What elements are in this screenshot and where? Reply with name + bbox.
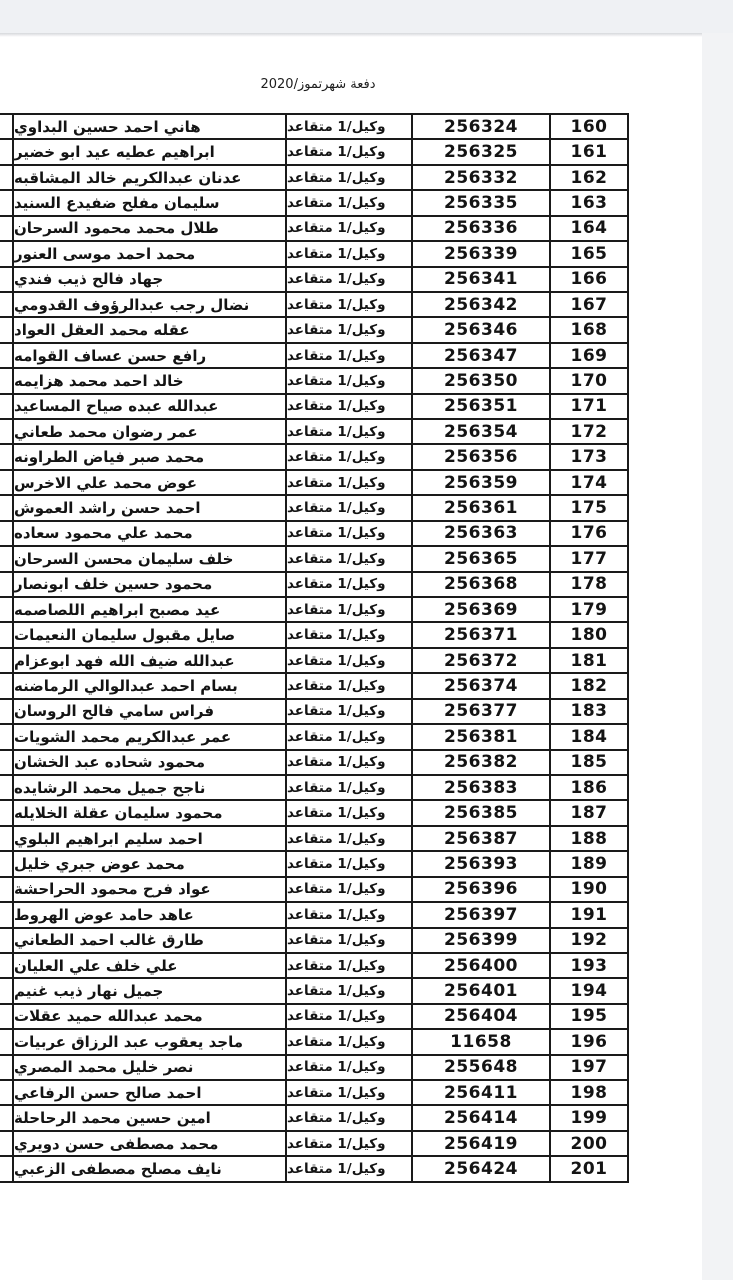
edge-cell: [0, 674, 12, 697]
serial-cell: 11658: [411, 1030, 549, 1053]
rank-cell: وكيل/1 متقاعد: [285, 1157, 411, 1180]
row-number-cell: 194: [549, 979, 629, 1002]
page-right-margin: [702, 33, 733, 1280]
row-number-cell: 168: [549, 318, 629, 341]
serial-cell: 256411: [411, 1081, 549, 1104]
row-number-cell: 160: [549, 115, 629, 138]
name-cell: محمود حسين خلف ابونصار: [12, 573, 285, 596]
table-row: سليمان مفلح ضفيدع السنيد وكيل/1 متقاعد 2…: [0, 191, 629, 216]
name-cell: محمد علي محمود سعاده: [12, 522, 285, 545]
name-cell: عوض محمد علي الاخرس: [12, 471, 285, 494]
edge-cell: [0, 420, 12, 443]
rank-cell: وكيل/1 متقاعد: [285, 674, 411, 697]
edge-cell: [0, 751, 12, 774]
name-cell: محمد صبر فياض الطراونه: [12, 445, 285, 468]
rank-cell: وكيل/1 متقاعد: [285, 573, 411, 596]
table-row: ماجد يعقوب عبد الرزاق عربيات وكيل/1 متقا…: [0, 1030, 629, 1055]
serial-cell: 256404: [411, 1005, 549, 1028]
rank-cell: وكيل/1 متقاعد: [285, 140, 411, 163]
row-number-cell: 193: [549, 954, 629, 977]
serial-cell: 256324: [411, 115, 549, 138]
serial-cell: 256356: [411, 445, 549, 468]
serial-cell: 256368: [411, 573, 549, 596]
name-cell: محمد احمد موسى العنور: [12, 242, 285, 265]
name-cell: عبدالله ضيف الله فهد ابوعزام: [12, 649, 285, 672]
table-row: عقله محمد العقل العواد وكيل/1 متقاعد 256…: [0, 318, 629, 343]
table-row: طارق غالب احمد الطعاني وكيل/1 متقاعد 256…: [0, 929, 629, 954]
name-cell: سليمان مفلح ضفيدع السنيد: [12, 191, 285, 214]
serial-cell: 256363: [411, 522, 549, 545]
serial-cell: 256399: [411, 929, 549, 952]
edge-cell: [0, 140, 12, 163]
row-number-cell: 175: [549, 496, 629, 519]
rank-cell: وكيل/1 متقاعد: [285, 191, 411, 214]
row-number-cell: 161: [549, 140, 629, 163]
rank-cell: وكيل/1 متقاعد: [285, 979, 411, 1002]
row-number-cell: 192: [549, 929, 629, 952]
table-row: عمر عبدالكريم محمد الشويات وكيل/1 متقاعد…: [0, 725, 629, 750]
name-cell: عدنان عبدالكريم خالد المشاقبه: [12, 166, 285, 189]
serial-cell: 256396: [411, 878, 549, 901]
rank-cell: وكيل/1 متقاعد: [285, 395, 411, 418]
serial-cell: 256335: [411, 191, 549, 214]
table-row: محمد مصطفى حسن دويري وكيل/1 متقاعد 25641…: [0, 1132, 629, 1157]
serial-cell: 256341: [411, 268, 549, 291]
serial-cell: 256365: [411, 547, 549, 570]
rank-cell: وكيل/1 متقاعد: [285, 445, 411, 468]
name-cell: نضال رجب عبدالرؤوف القدومي: [12, 293, 285, 316]
edge-cell: [0, 344, 12, 367]
row-number-cell: 181: [549, 649, 629, 672]
name-cell: هاني احمد حسين البداوي: [12, 115, 285, 138]
table-row: محمد صبر فياض الطراونه وكيل/1 متقاعد 256…: [0, 445, 629, 470]
name-cell: عبدالله عبده صياح المساعيد: [12, 395, 285, 418]
table-row: عدنان عبدالكريم خالد المشاقبه وكيل/1 متق…: [0, 166, 629, 191]
rank-cell: وكيل/1 متقاعد: [285, 1132, 411, 1155]
table-row: صايل مقبول سليمان النعيمات وكيل/1 متقاعد…: [0, 623, 629, 648]
edge-cell: [0, 979, 12, 1002]
row-number-cell: 182: [549, 674, 629, 697]
rank-cell: وكيل/1 متقاعد: [285, 547, 411, 570]
row-number-cell: 188: [549, 827, 629, 850]
name-cell: نايف مصلح مصطفى الزعبي: [12, 1157, 285, 1180]
name-cell: بسام احمد عبدالوالي الرماضنه: [12, 674, 285, 697]
edge-cell: [0, 445, 12, 468]
edge-cell: [0, 1132, 12, 1155]
edge-cell: [0, 395, 12, 418]
row-number-cell: 187: [549, 801, 629, 824]
serial-cell: 256374: [411, 674, 549, 697]
edge-cell: [0, 268, 12, 291]
row-number-cell: 167: [549, 293, 629, 316]
serial-cell: 256401: [411, 979, 549, 1002]
row-number-cell: 178: [549, 573, 629, 596]
name-cell: احمد سليم ابراهيم البلوي: [12, 827, 285, 850]
serial-cell: 256361: [411, 496, 549, 519]
serial-cell: 256371: [411, 623, 549, 646]
rank-cell: وكيل/1 متقاعد: [285, 878, 411, 901]
table-row: فراس سامي فالح الروسان وكيل/1 متقاعد 256…: [0, 700, 629, 725]
rank-cell: وكيل/1 متقاعد: [285, 1030, 411, 1053]
rank-cell: وكيل/1 متقاعد: [285, 420, 411, 443]
edge-cell: [0, 166, 12, 189]
rank-cell: وكيل/1 متقاعد: [285, 1056, 411, 1079]
edge-cell: [0, 318, 12, 341]
rank-cell: وكيل/1 متقاعد: [285, 623, 411, 646]
table-row: جهاد فالح ذيب فندي وكيل/1 متقاعد 256341 …: [0, 268, 629, 293]
row-number-cell: 198: [549, 1081, 629, 1104]
rank-cell: وكيل/1 متقاعد: [285, 903, 411, 926]
edge-cell: [0, 242, 12, 265]
table-row: محمود حسين خلف ابونصار وكيل/1 متقاعد 256…: [0, 573, 629, 598]
rank-cell: وكيل/1 متقاعد: [285, 1005, 411, 1028]
row-number-cell: 177: [549, 547, 629, 570]
name-cell: ناجح جميل محمد الرشايده: [12, 776, 285, 799]
edge-cell: [0, 1005, 12, 1028]
table-row: طلال محمد محمود السرحان وكيل/1 متقاعد 25…: [0, 217, 629, 242]
name-cell: امين حسين محمد الرحاحلة: [12, 1106, 285, 1129]
edge-cell: [0, 496, 12, 519]
name-cell: خلف سليمان محسن السرحان: [12, 547, 285, 570]
table-row: عبدالله عبده صياح المساعيد وكيل/1 متقاعد…: [0, 395, 629, 420]
table-row: خالد احمد محمد هزايمه وكيل/1 متقاعد 2563…: [0, 369, 629, 394]
row-number-cell: 173: [549, 445, 629, 468]
retirees-table: هاني احمد حسين البداوي وكيل/1 متقاعد 256…: [0, 113, 629, 1183]
name-cell: عاهد حامد عوض الهروط: [12, 903, 285, 926]
name-cell: عقله محمد العقل العواد: [12, 318, 285, 341]
rank-cell: وكيل/1 متقاعد: [285, 217, 411, 240]
serial-cell: 256346: [411, 318, 549, 341]
serial-cell: 256397: [411, 903, 549, 926]
name-cell: محمود سليمان عقلة الخلايله: [12, 801, 285, 824]
row-number-cell: 172: [549, 420, 629, 443]
name-cell: عمر رضوان محمد طعاني: [12, 420, 285, 443]
name-cell: ابراهيم عطيه عيد ابو خضير: [12, 140, 285, 163]
row-number-cell: 174: [549, 471, 629, 494]
edge-cell: [0, 700, 12, 723]
row-number-cell: 199: [549, 1106, 629, 1129]
edge-cell: [0, 1106, 12, 1129]
serial-cell: 256382: [411, 751, 549, 774]
name-cell: احمد حسن راشد العموش: [12, 496, 285, 519]
page-top-shadow: [0, 33, 704, 37]
row-number-cell: 186: [549, 776, 629, 799]
serial-cell: 256339: [411, 242, 549, 265]
name-cell: محمد عبدالله حميد عقلات: [12, 1005, 285, 1028]
row-number-cell: 189: [549, 852, 629, 875]
name-cell: محمد عوض جبري خليل: [12, 852, 285, 875]
scanned-document-page: دفعة شهرتموز/2020 هاني احمد حسين البداوي…: [0, 0, 733, 1280]
table-row: نصر خليل محمد المصري وكيل/1 متقاعد 25564…: [0, 1056, 629, 1081]
rank-cell: وكيل/1 متقاعد: [285, 725, 411, 748]
rank-cell: وكيل/1 متقاعد: [285, 700, 411, 723]
serial-cell: 256354: [411, 420, 549, 443]
edge-cell: [0, 725, 12, 748]
serial-cell: 256385: [411, 801, 549, 824]
serial-cell: 256332: [411, 166, 549, 189]
table-row: محمد عبدالله حميد عقلات وكيل/1 متقاعد 25…: [0, 1005, 629, 1030]
serial-cell: 256359: [411, 471, 549, 494]
edge-cell: [0, 801, 12, 824]
row-number-cell: 183: [549, 700, 629, 723]
edge-cell: [0, 573, 12, 596]
row-number-cell: 169: [549, 344, 629, 367]
rank-cell: وكيل/1 متقاعد: [285, 776, 411, 799]
name-cell: عيد مصبح ابراهيم اللصاصمه: [12, 598, 285, 621]
edge-cell: [0, 522, 12, 545]
row-number-cell: 201: [549, 1157, 629, 1180]
name-cell: نصر خليل محمد المصري: [12, 1056, 285, 1079]
edge-cell: [0, 369, 12, 392]
serial-cell: 256350: [411, 369, 549, 392]
row-number-cell: 176: [549, 522, 629, 545]
table-row: بسام احمد عبدالوالي الرماضنه وكيل/1 متقا…: [0, 674, 629, 699]
rank-cell: وكيل/1 متقاعد: [285, 522, 411, 545]
table-row: محمود شحاده عبد الخشان وكيل/1 متقاعد 256…: [0, 751, 629, 776]
table-row: محمد عوض جبري خليل وكيل/1 متقاعد 256393 …: [0, 852, 629, 877]
name-cell: علي خلف علي العليان: [12, 954, 285, 977]
serial-cell: 256369: [411, 598, 549, 621]
table-row: احمد سليم ابراهيم البلوي وكيل/1 متقاعد 2…: [0, 827, 629, 852]
rank-cell: وكيل/1 متقاعد: [285, 496, 411, 519]
rank-cell: وكيل/1 متقاعد: [285, 929, 411, 952]
rank-cell: وكيل/1 متقاعد: [285, 649, 411, 672]
table-row: نضال رجب عبدالرؤوف القدومي وكيل/1 متقاعد…: [0, 293, 629, 318]
name-cell: طارق غالب احمد الطعاني: [12, 929, 285, 952]
table-row: هاني احمد حسين البداوي وكيل/1 متقاعد 256…: [0, 115, 629, 140]
rank-cell: وكيل/1 متقاعد: [285, 242, 411, 265]
row-number-cell: 166: [549, 268, 629, 291]
rank-cell: وكيل/1 متقاعد: [285, 115, 411, 138]
edge-cell: [0, 852, 12, 875]
serial-cell: 256325: [411, 140, 549, 163]
name-cell: عواد فرح محمود الحراحشة: [12, 878, 285, 901]
rank-cell: وكيل/1 متقاعد: [285, 852, 411, 875]
name-cell: احمد صالح حسن الرفاعي: [12, 1081, 285, 1104]
name-cell: عمر عبدالكريم محمد الشويات: [12, 725, 285, 748]
edge-cell: [0, 1056, 12, 1079]
row-number-cell: 164: [549, 217, 629, 240]
row-number-cell: 197: [549, 1056, 629, 1079]
edge-cell: [0, 903, 12, 926]
name-cell: جهاد فالح ذيب فندي: [12, 268, 285, 291]
serial-cell: 256372: [411, 649, 549, 672]
row-number-cell: 162: [549, 166, 629, 189]
table-row: امين حسين محمد الرحاحلة وكيل/1 متقاعد 25…: [0, 1106, 629, 1131]
edge-cell: [0, 1081, 12, 1104]
serial-cell: 256383: [411, 776, 549, 799]
table-row: احمد صالح حسن الرفاعي وكيل/1 متقاعد 2564…: [0, 1081, 629, 1106]
serial-cell: 256387: [411, 827, 549, 850]
edge-cell: [0, 191, 12, 214]
table-row: محمد احمد موسى العنور وكيل/1 متقاعد 2563…: [0, 242, 629, 267]
name-cell: طلال محمد محمود السرحان: [12, 217, 285, 240]
row-number-cell: 185: [549, 751, 629, 774]
table-row: عوض محمد علي الاخرس وكيل/1 متقاعد 256359…: [0, 471, 629, 496]
row-number-cell: 180: [549, 623, 629, 646]
row-number-cell: 179: [549, 598, 629, 621]
row-number-cell: 200: [549, 1132, 629, 1155]
name-cell: صايل مقبول سليمان النعيمات: [12, 623, 285, 646]
table-row: ناجح جميل محمد الرشايده وكيل/1 متقاعد 25…: [0, 776, 629, 801]
edge-cell: [0, 929, 12, 952]
rank-cell: وكيل/1 متقاعد: [285, 1081, 411, 1104]
rank-cell: وكيل/1 متقاعد: [285, 344, 411, 367]
table-row: عمر رضوان محمد طعاني وكيل/1 متقاعد 25635…: [0, 420, 629, 445]
rank-cell: وكيل/1 متقاعد: [285, 751, 411, 774]
serial-cell: 256393: [411, 852, 549, 875]
edge-cell: [0, 776, 12, 799]
name-cell: رافع حسن عساف القوامه: [12, 344, 285, 367]
serial-cell: 256400: [411, 954, 549, 977]
name-cell: ماجد يعقوب عبد الرزاق عربيات: [12, 1030, 285, 1053]
edge-cell: [0, 1030, 12, 1053]
edge-cell: [0, 471, 12, 494]
edge-cell: [0, 954, 12, 977]
rank-cell: وكيل/1 متقاعد: [285, 954, 411, 977]
rank-cell: وكيل/1 متقاعد: [285, 268, 411, 291]
row-number-cell: 196: [549, 1030, 629, 1053]
name-cell: محمود شحاده عبد الخشان: [12, 751, 285, 774]
table-row: ابراهيم عطيه عيد ابو خضير وكيل/1 متقاعد …: [0, 140, 629, 165]
serial-cell: 256424: [411, 1157, 549, 1180]
rank-cell: وكيل/1 متقاعد: [285, 369, 411, 392]
edge-cell: [0, 217, 12, 240]
edge-cell: [0, 878, 12, 901]
rank-cell: وكيل/1 متقاعد: [285, 293, 411, 316]
serial-cell: 256381: [411, 725, 549, 748]
row-number-cell: 184: [549, 725, 629, 748]
serial-cell: 256419: [411, 1132, 549, 1155]
rank-cell: وكيل/1 متقاعد: [285, 471, 411, 494]
table-row: عبدالله ضيف الله فهد ابوعزام وكيل/1 متقا…: [0, 649, 629, 674]
serial-cell: 256377: [411, 700, 549, 723]
serial-cell: 256351: [411, 395, 549, 418]
edge-cell: [0, 547, 12, 570]
table-row: رافع حسن عساف القوامه وكيل/1 متقاعد 2563…: [0, 344, 629, 369]
table-row: جميل نهار ذيب غنيم وكيل/1 متقاعد 256401 …: [0, 979, 629, 1004]
edge-cell: [0, 1157, 12, 1180]
rank-cell: وكيل/1 متقاعد: [285, 1106, 411, 1129]
table-row: نايف مصلح مصطفى الزعبي وكيل/1 متقاعد 256…: [0, 1157, 629, 1182]
rank-cell: وكيل/1 متقاعد: [285, 827, 411, 850]
rank-cell: وكيل/1 متقاعد: [285, 801, 411, 824]
row-number-cell: 163: [549, 191, 629, 214]
row-number-cell: 165: [549, 242, 629, 265]
serial-cell: 256342: [411, 293, 549, 316]
rank-cell: وكيل/1 متقاعد: [285, 598, 411, 621]
name-cell: خالد احمد محمد هزايمه: [12, 369, 285, 392]
page-top-margin: [0, 0, 733, 33]
row-number-cell: 191: [549, 903, 629, 926]
edge-cell: [0, 649, 12, 672]
row-number-cell: 190: [549, 878, 629, 901]
serial-cell: 255648: [411, 1056, 549, 1079]
name-cell: فراس سامي فالح الروسان: [12, 700, 285, 723]
table-row: خلف سليمان محسن السرحان وكيل/1 متقاعد 25…: [0, 547, 629, 572]
row-number-cell: 195: [549, 1005, 629, 1028]
table-row: محمود سليمان عقلة الخلايله وكيل/1 متقاعد…: [0, 801, 629, 826]
serial-cell: 256336: [411, 217, 549, 240]
serial-cell: 256414: [411, 1106, 549, 1129]
edge-cell: [0, 293, 12, 316]
edge-cell: [0, 623, 12, 646]
rank-cell: وكيل/1 متقاعد: [285, 166, 411, 189]
rank-cell: وكيل/1 متقاعد: [285, 318, 411, 341]
table-row: علي خلف علي العليان وكيل/1 متقاعد 256400…: [0, 954, 629, 979]
edge-cell: [0, 827, 12, 850]
batch-header-note: دفعة شهرتموز/2020: [243, 77, 393, 92]
table-row: عيد مصبح ابراهيم اللصاصمه وكيل/1 متقاعد …: [0, 598, 629, 623]
table-row: احمد حسن راشد العموش وكيل/1 متقاعد 25636…: [0, 496, 629, 521]
edge-cell: [0, 115, 12, 138]
table-row: عواد فرح محمود الحراحشة وكيل/1 متقاعد 25…: [0, 878, 629, 903]
name-cell: جميل نهار ذيب غنيم: [12, 979, 285, 1002]
table-row: محمد علي محمود سعاده وكيل/1 متقاعد 25636…: [0, 522, 629, 547]
table-row: عاهد حامد عوض الهروط وكيل/1 متقاعد 25639…: [0, 903, 629, 928]
row-number-cell: 171: [549, 395, 629, 418]
row-number-cell: 170: [549, 369, 629, 392]
serial-cell: 256347: [411, 344, 549, 367]
edge-cell: [0, 598, 12, 621]
name-cell: محمد مصطفى حسن دويري: [12, 1132, 285, 1155]
